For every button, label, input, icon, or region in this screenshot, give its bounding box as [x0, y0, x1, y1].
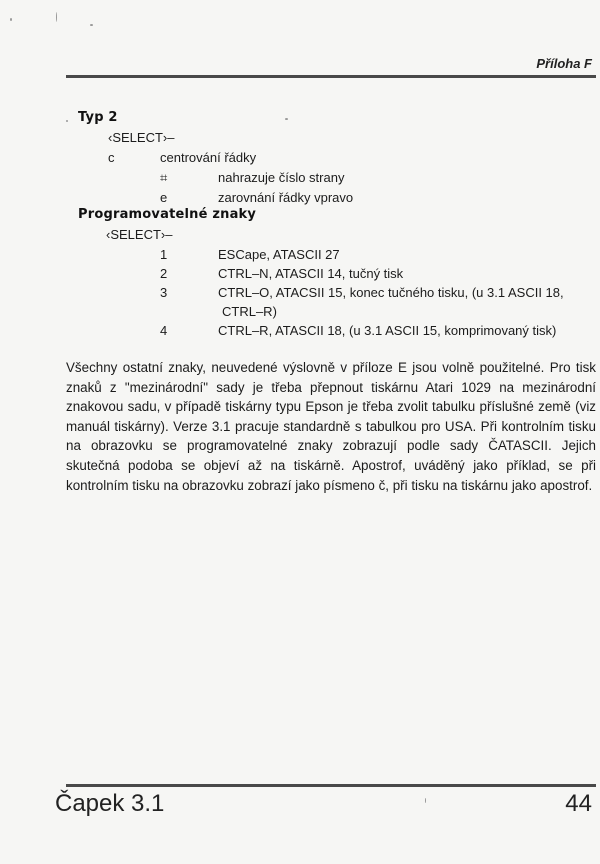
- section-header: Příloha F: [536, 56, 592, 71]
- scan-speck: [10, 18, 12, 21]
- programmable-select-label: ‹SELECT›–: [106, 227, 172, 242]
- scan-speck: [285, 118, 288, 120]
- scan-speck: [56, 12, 57, 22]
- typ2-key: e: [160, 190, 167, 205]
- typ2-heading: Typ 2: [78, 110, 118, 125]
- programmable-key: 2: [160, 266, 167, 281]
- footer-title: Čapek 3.1: [55, 790, 164, 818]
- body-paragraph-text: Všechny ostatní znaky, neuvedené výslovn…: [66, 358, 596, 495]
- programmable-key: 4: [160, 323, 167, 338]
- body-paragraph: Všechny ostatní znaky, neuvedené výslovn…: [66, 358, 596, 495]
- typ2-key: ⌗: [160, 170, 167, 186]
- page-number: 44: [565, 790, 592, 818]
- programmable-heading: Programovatelné znaky: [78, 207, 256, 222]
- programmable-key: 3: [160, 285, 167, 300]
- programmable-desc: CTRL–R, ATASCII 18, (u 3.1 ASCII 15, kom…: [218, 323, 556, 338]
- footer-rule: [66, 784, 596, 787]
- typ2-desc: zarovnání řádky vpravo: [218, 190, 353, 205]
- programmable-desc-continuation: CTRL–R): [222, 304, 277, 319]
- typ2-select-label: ‹SELECT›–: [108, 130, 174, 145]
- programmable-desc: CTRL–N, ATASCII 14, tučný tisk: [218, 266, 403, 281]
- programmable-key: 1: [160, 247, 167, 262]
- typ2-desc: centrování řádky: [160, 150, 256, 165]
- scan-speck: [90, 24, 93, 26]
- typ2-key: c: [108, 150, 115, 165]
- programmable-desc: ESCape, ATASCII 27: [218, 247, 340, 262]
- typ2-desc: nahrazuje číslo strany: [218, 170, 344, 185]
- scan-speck: [425, 798, 426, 803]
- scan-speck: [66, 120, 68, 122]
- programmable-desc: CTRL–O, ATACSII 15, konec tučného tisku,…: [218, 285, 564, 300]
- header-rule: [66, 75, 596, 78]
